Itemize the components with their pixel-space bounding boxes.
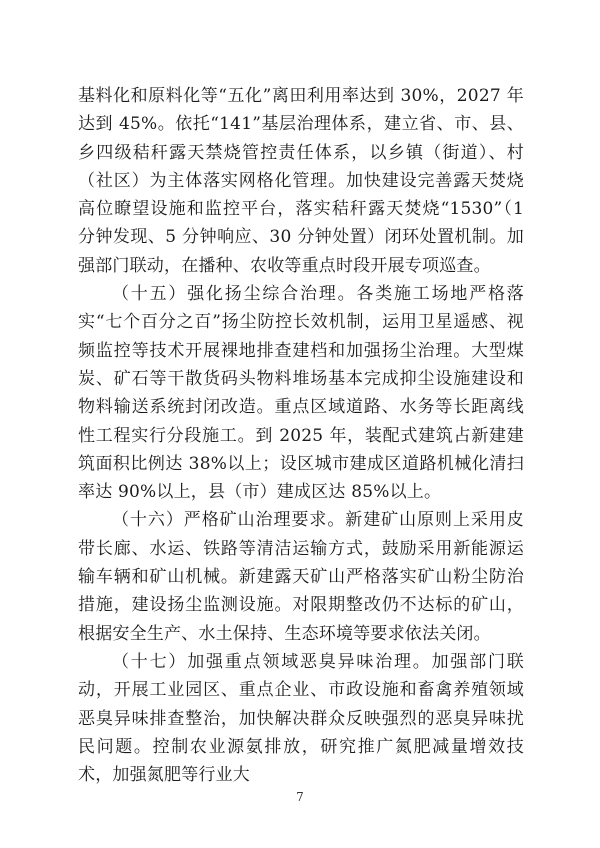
page-number: 7 — [0, 790, 600, 804]
paragraph-section-16: （十六）严格矿山治理要求。新建矿山原则上采用皮带长廊、水运、铁路等清洁运输方式，… — [78, 506, 524, 647]
document-page: 基料化和原料化等“五化”离田利用率达到 30%，2027 年达到 45%。依托“… — [0, 0, 600, 848]
paragraph-section-17: （十七）加强重点领域恶臭异味治理。加强部门联动，开展工业园区、重点企业、市政设施… — [78, 648, 524, 789]
document-body: 基料化和原料化等“五化”离田利用率达到 30%，2027 年达到 45%。依托“… — [78, 82, 524, 789]
paragraph-continuation: 基料化和原料化等“五化”离田利用率达到 30%，2027 年达到 45%。依托“… — [78, 82, 524, 280]
paragraph-section-15: （十五）强化扬尘综合治理。各类施工场地严格落实“七个百分之百”扬尘防控长效机制，… — [78, 280, 524, 506]
